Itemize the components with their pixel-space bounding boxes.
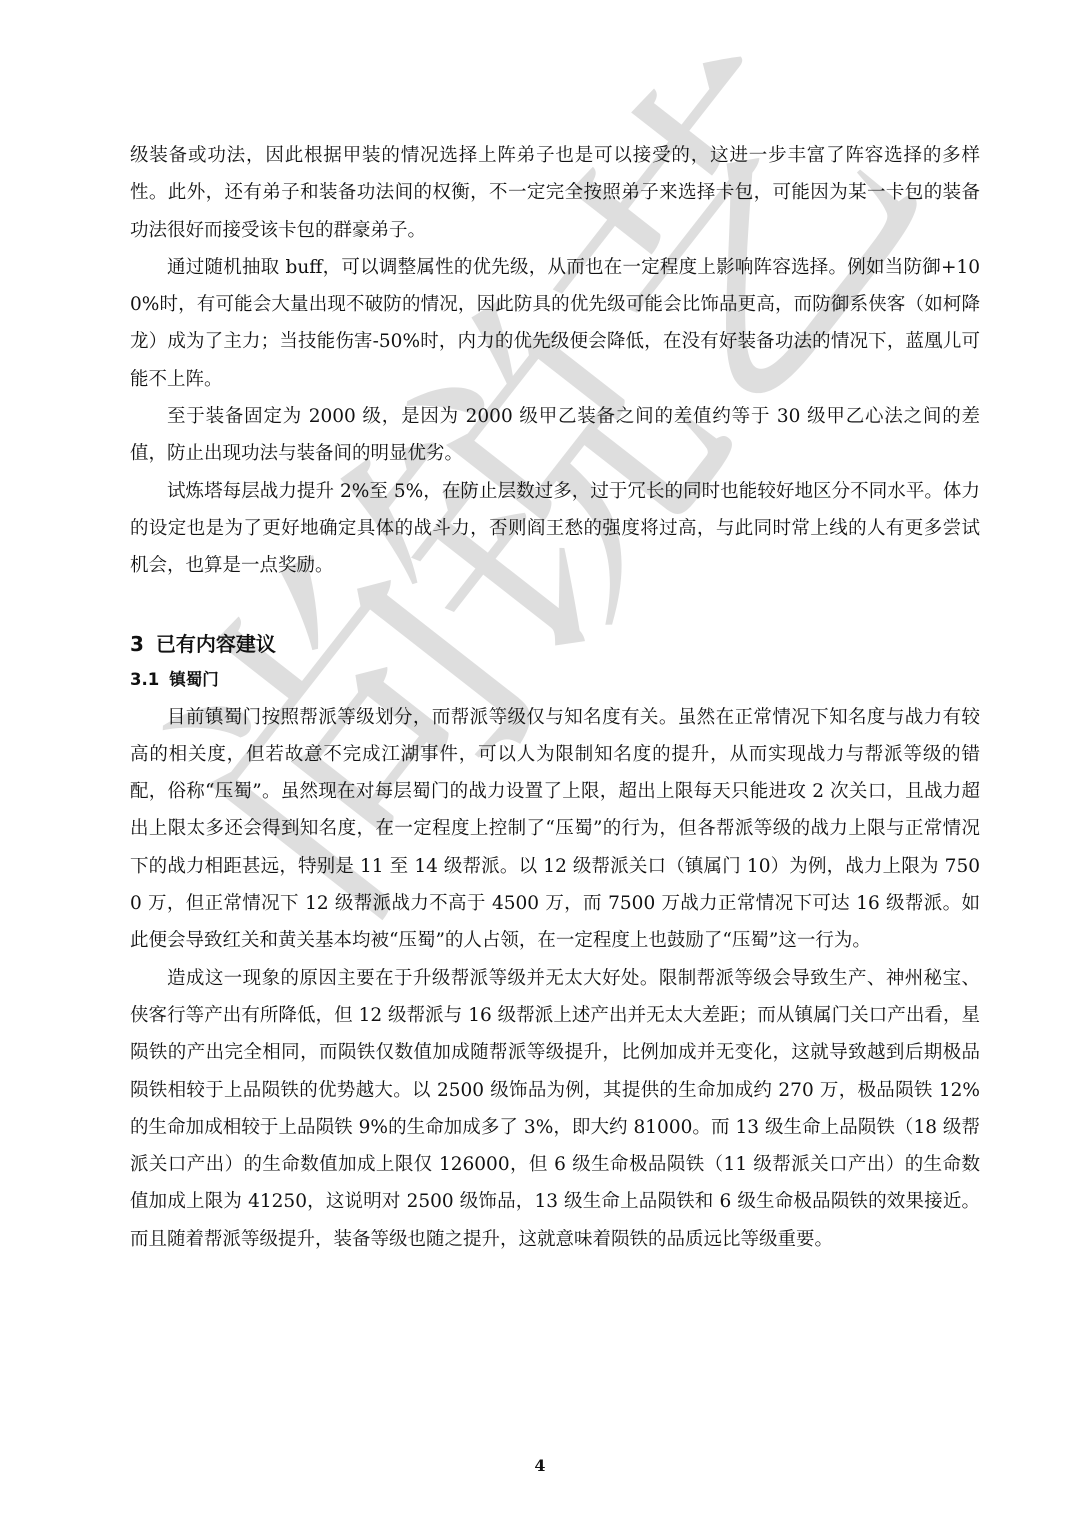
- spacer: [130, 585, 980, 627]
- subsection-title: 镇蜀门: [169, 670, 219, 689]
- document-page: 尚锐艺 级装备或功法，因此根据甲装的情况选择上阵弟子也是可以接受的，这进一步丰富…: [0, 0, 1080, 1528]
- page-content: 级装备或功法，因此根据甲装的情况选择上阵弟子也是可以接受的，这进一步丰富了阵容选…: [130, 137, 980, 1258]
- subsection-number: 3.1: [130, 661, 159, 699]
- paragraph-equipment-level: 至于装备固定为 2000 级，是因为 2000 级甲乙装备之间的差值约等于 30…: [130, 398, 980, 473]
- subsection-heading: 3.1镇蜀门: [130, 661, 980, 699]
- paragraph-trial-tower: 试炼塔每层战力提升 2%至 5%，在防止层数过多，过于冗长的同时也能较好地区分不…: [130, 473, 980, 585]
- section-title: 已有内容建议: [156, 632, 276, 656]
- page-number: 4: [0, 1456, 1080, 1475]
- paragraph-continued: 级装备或功法，因此根据甲装的情况选择上阵弟子也是可以接受的，这进一步丰富了阵容选…: [130, 137, 980, 249]
- paragraph-zhenshumen: 目前镇蜀门按照帮派等级划分，而帮派等级仅与知名度有关。虽然在正常情况下知名度与战…: [130, 699, 980, 960]
- paragraph-buff: 通过随机抽取 buff，可以调整属性的优先级，从而也在一定程度上影响阵容选择。例…: [130, 249, 980, 398]
- section-number: 3: [130, 627, 144, 661]
- paragraph-cause: 造成这一现象的原因主要在于升级帮派等级并无太大好处。限制帮派等级会导致生产、神州…: [130, 960, 980, 1258]
- section-heading: 3已有内容建议: [130, 627, 980, 661]
